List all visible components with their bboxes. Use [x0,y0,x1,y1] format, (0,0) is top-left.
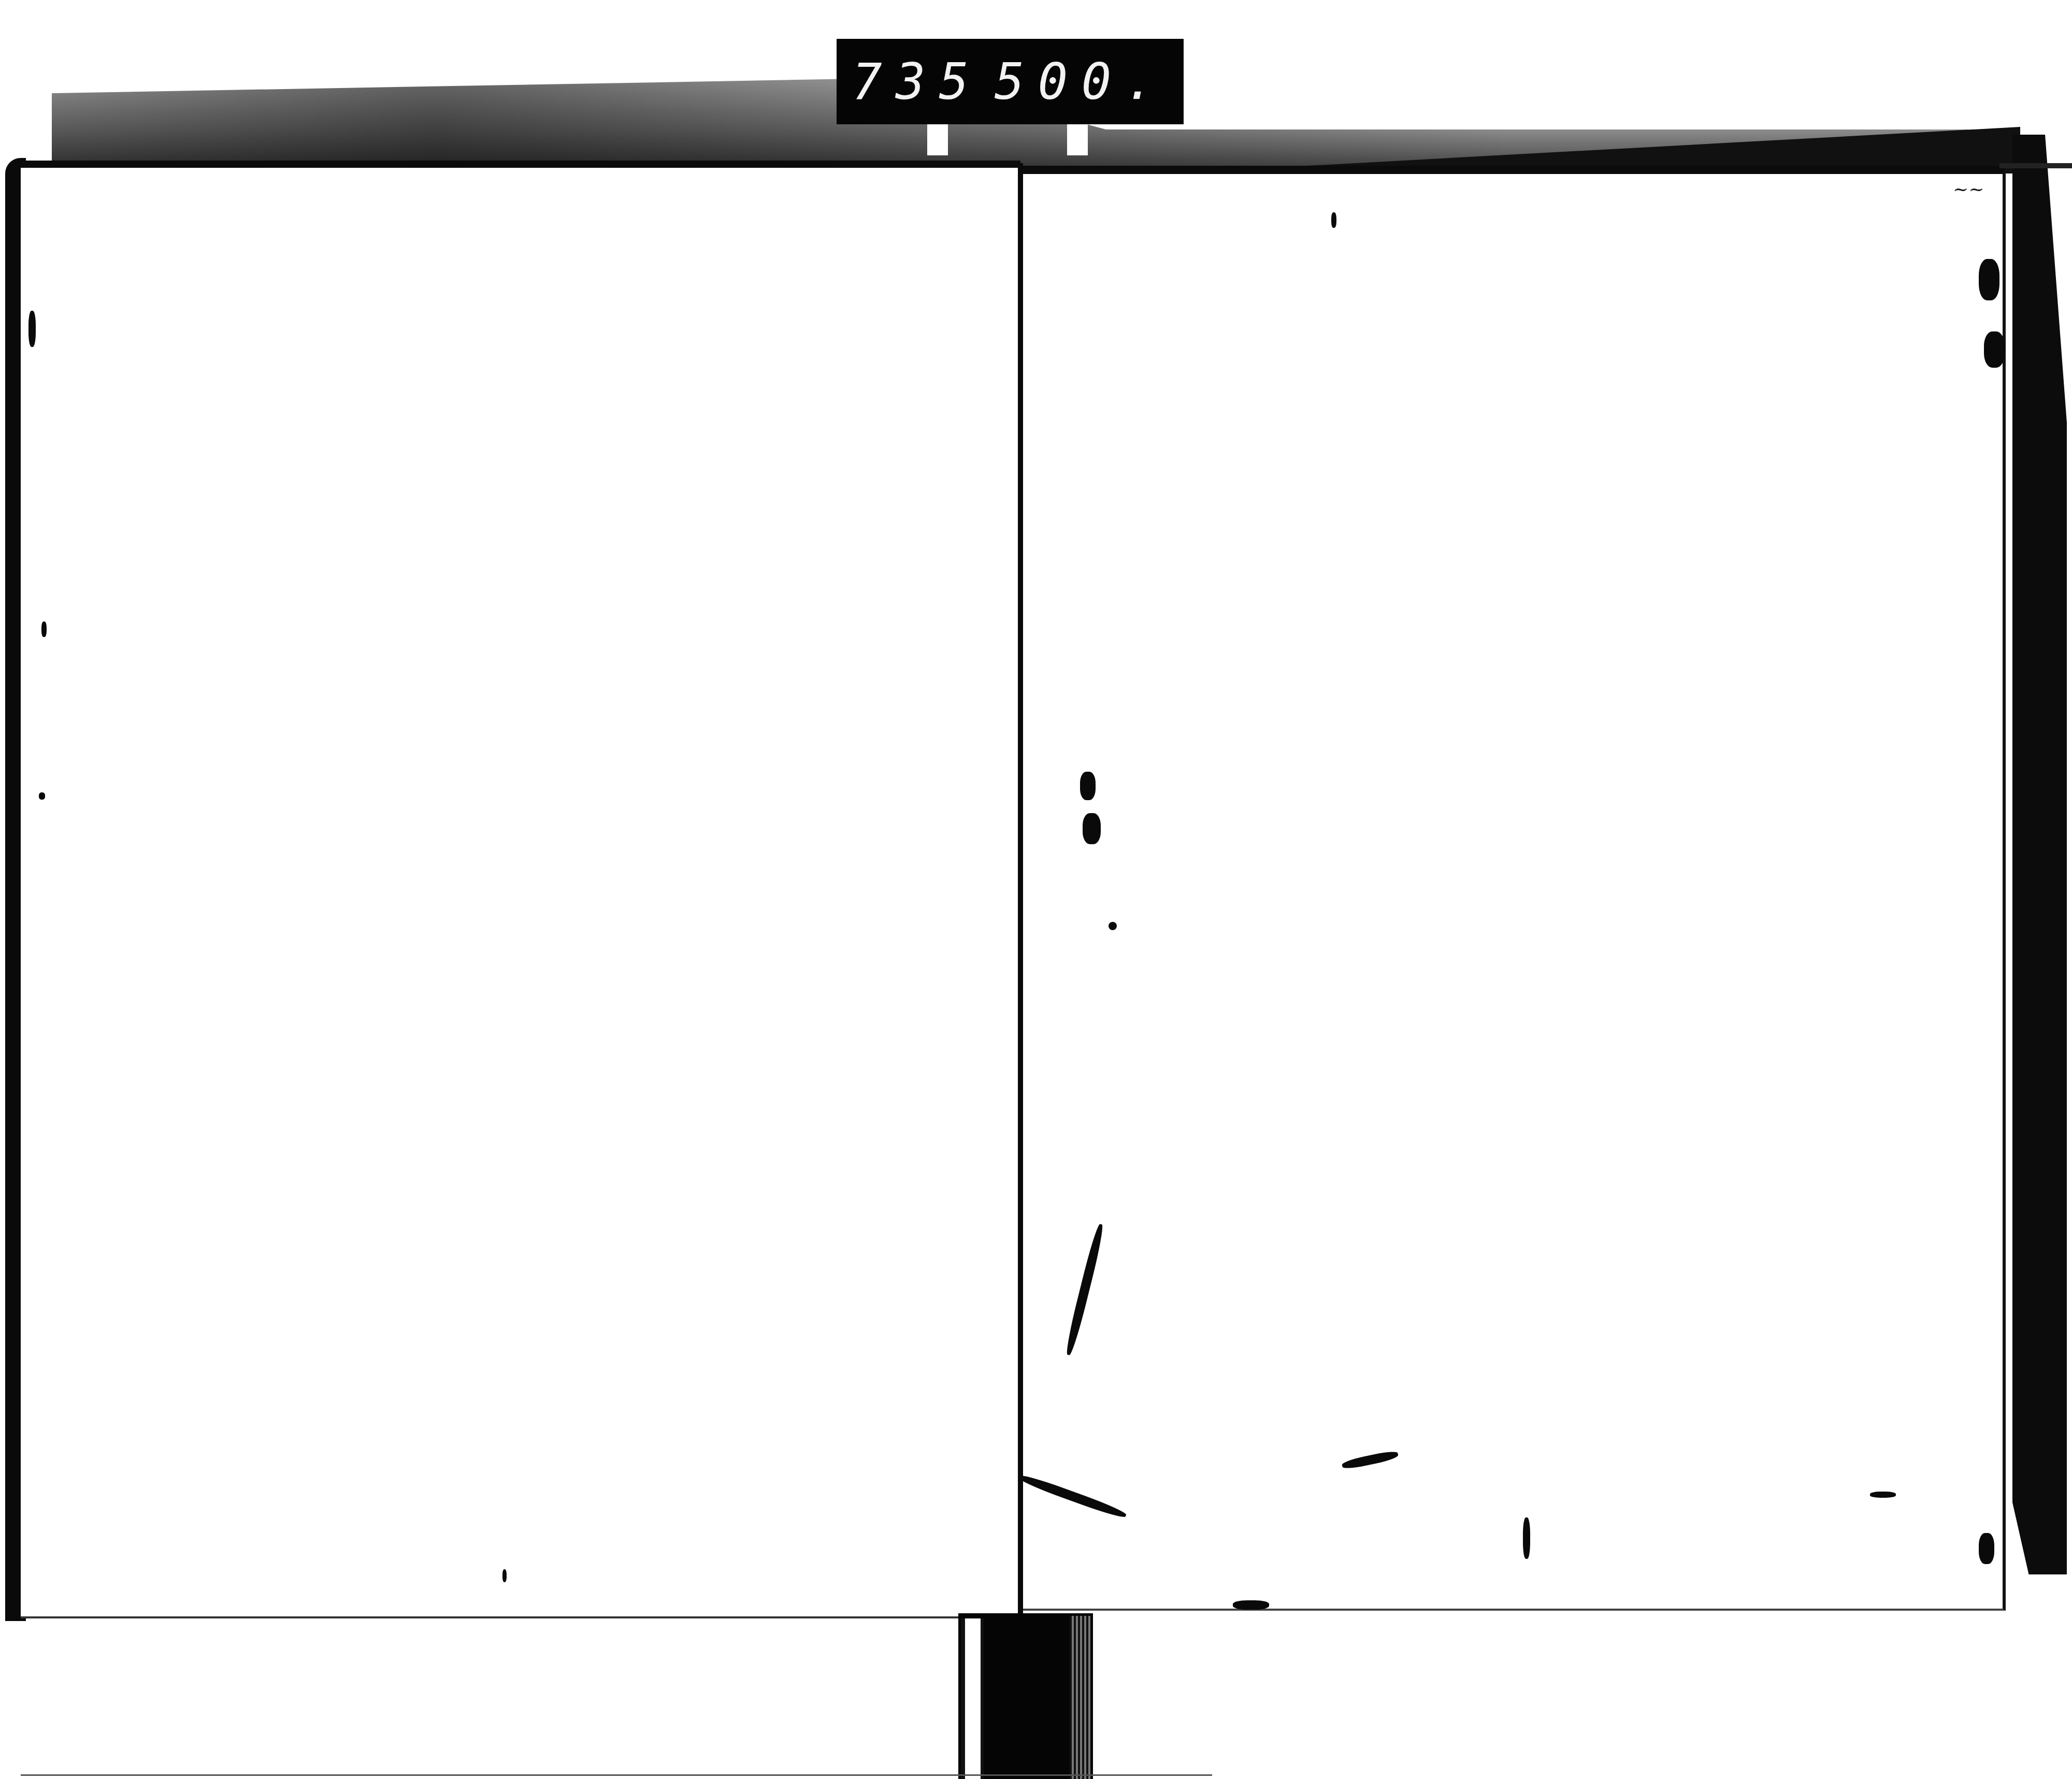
stain-mark [1080,772,1096,800]
stain-mark [1331,212,1336,228]
index-label: 735 500. [837,39,1184,124]
stain-mark [1523,1517,1530,1559]
stain-mark [28,311,36,347]
label-clip-left [927,124,948,155]
label-right-number: 500. [995,53,1168,111]
stain-mark [39,792,45,800]
stain-mark [1870,1492,1896,1498]
right-edge-lip [1999,163,2072,168]
stain-mark [502,1569,507,1582]
stain-mark [1109,922,1117,930]
spine-right-strip [1070,1616,1090,1779]
stain-mark [1083,813,1101,844]
stain-mark [1984,331,2005,368]
right-page [1021,166,2006,1611]
stain-mark [1979,1533,1994,1564]
left-page [21,161,1020,1618]
corner-handwritten-note: ~~ [1953,179,1984,200]
stain-mark [1233,1600,1269,1610]
stain-mark [41,621,47,637]
label-clip-right [1067,124,1088,155]
right-fore-edge [2012,135,2067,1574]
spine-left-strip [961,1618,984,1779]
stain-mark [1979,259,1999,300]
bottom-edge-line [21,1774,1212,1776]
book-gutter [1018,163,1023,1624]
label-left-number: 735 [852,53,982,111]
